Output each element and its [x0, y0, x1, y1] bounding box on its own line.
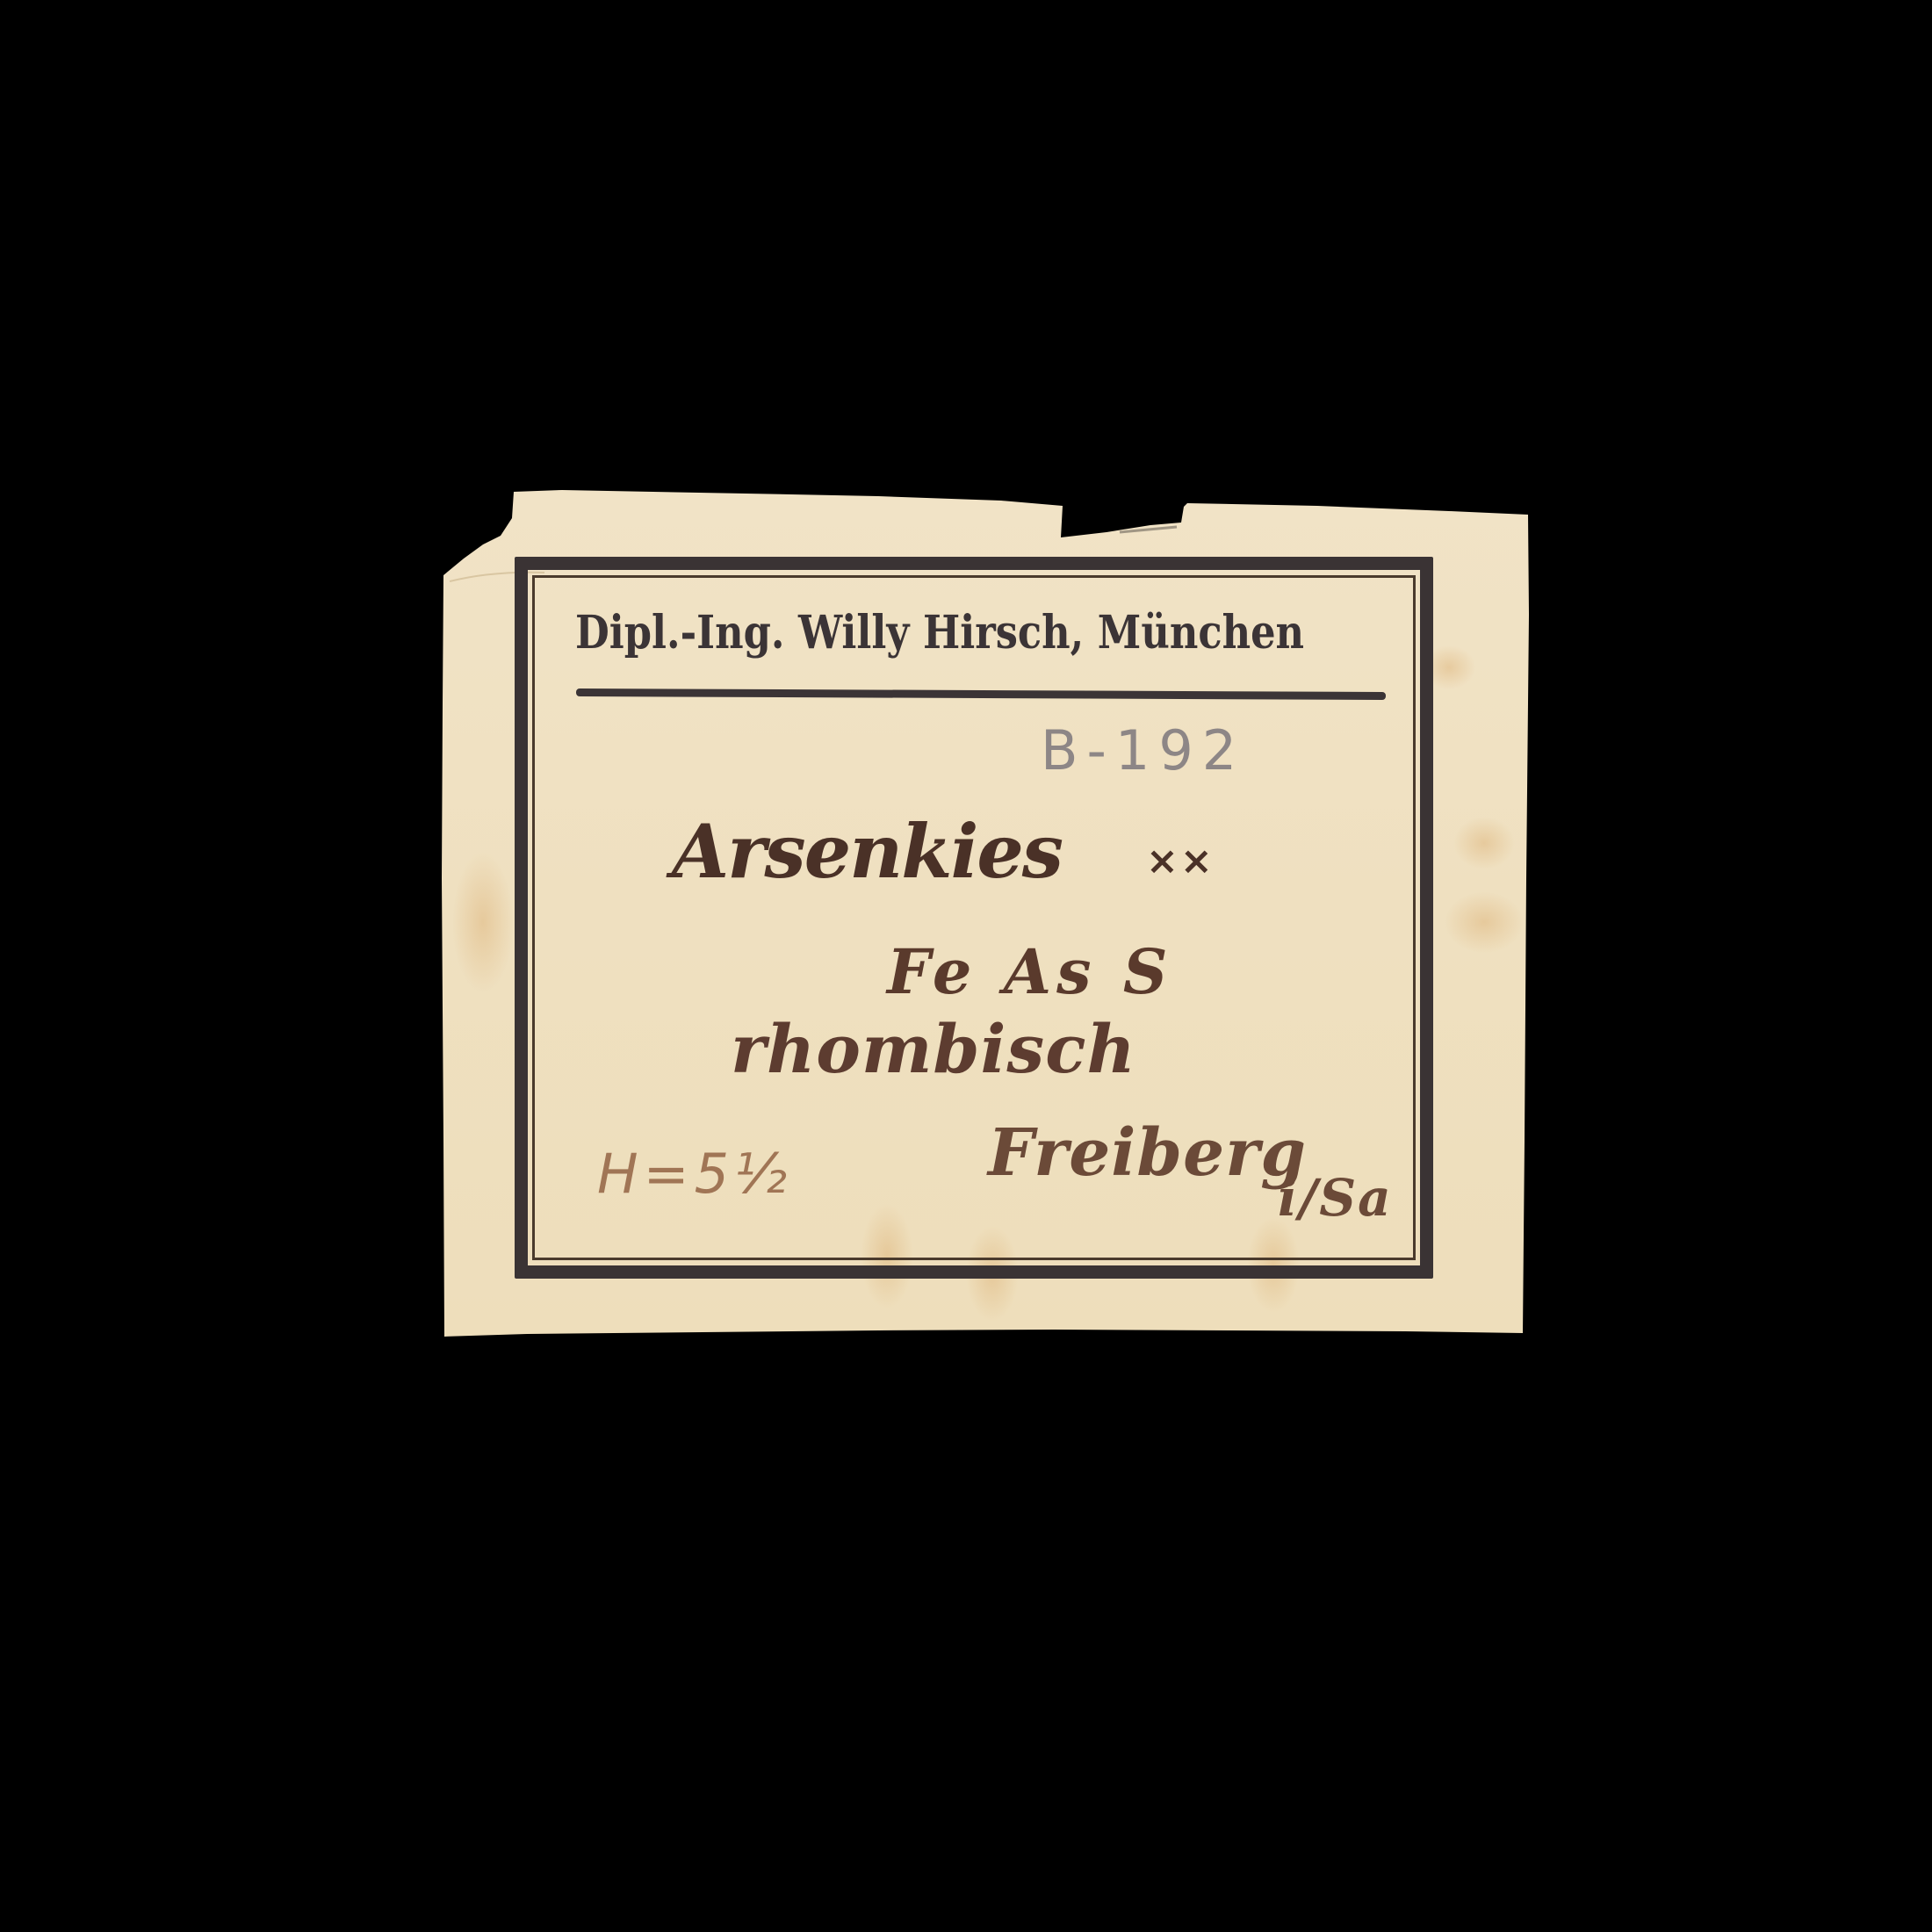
- photo-stage: Dipl.-Ing. Willy Hirsch, München B-192 A…: [0, 0, 1932, 1932]
- locality-region: i/Sa: [1278, 1168, 1393, 1228]
- locality: Freiberg: [988, 1115, 1307, 1191]
- mohs-hardness: H=5½: [597, 1142, 792, 1206]
- mineral-name: Arsenkies: [672, 808, 1062, 895]
- dealer-header: Dipl.-Ing. Willy Hirsch, München: [575, 606, 1278, 660]
- crystal-system: rhombisch: [731, 1010, 1136, 1088]
- catalog-number: B-192: [1041, 718, 1245, 782]
- crystal-mark: ××: [1146, 839, 1215, 883]
- chemical-formula: Fe As S: [887, 935, 1172, 1008]
